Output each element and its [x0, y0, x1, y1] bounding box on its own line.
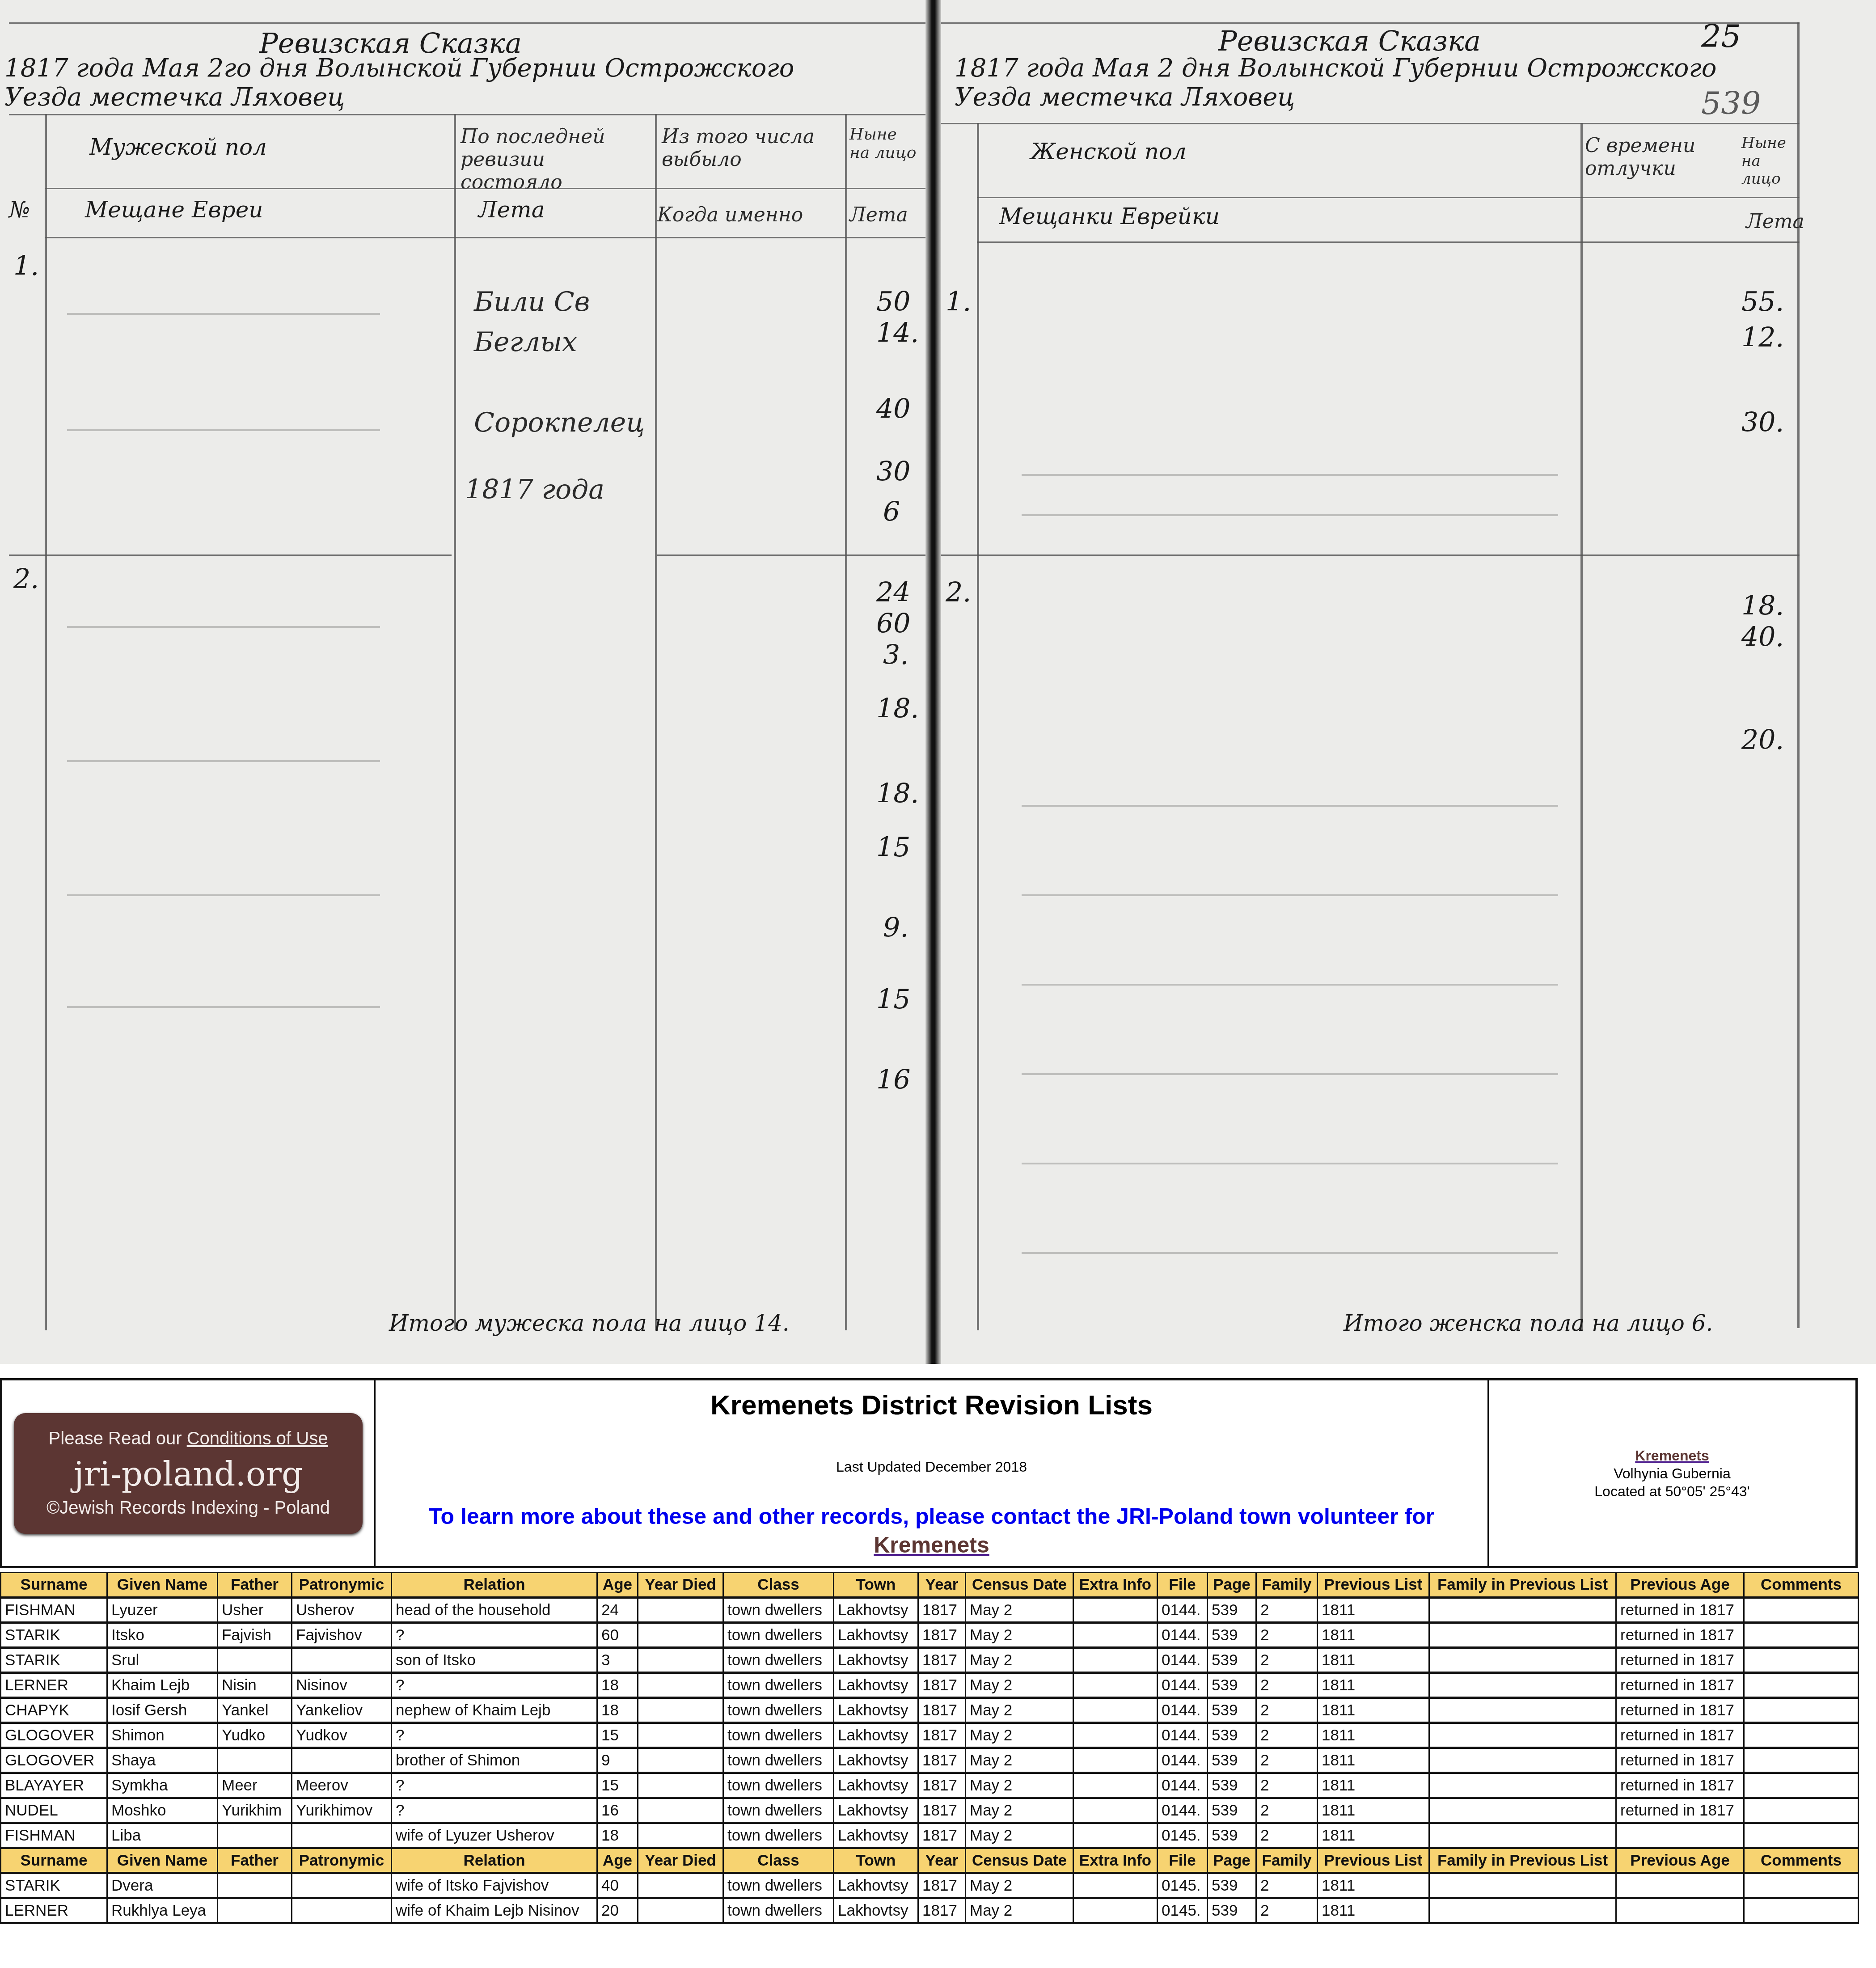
conditions-of-use-link[interactable]: Conditions of Use	[187, 1429, 328, 1448]
cell-town: Lakhovtsy	[834, 1698, 918, 1723]
cell-previous-age: returned in 1817	[1616, 1773, 1744, 1798]
cell-previous-age: returned in 1817	[1616, 1598, 1744, 1623]
cell-town: Lakhovtsy	[834, 1798, 918, 1823]
cell-relation: wife of Khaim Lejb Nisinov	[392, 1898, 597, 1923]
column-header-file[interactable]: File	[1158, 1848, 1208, 1873]
cell-given-name: Itsko	[107, 1623, 218, 1648]
cell-family-in-previous-list	[1429, 1698, 1616, 1723]
cell-relation: wife of Itsko Fajvishov	[392, 1873, 597, 1898]
cell-year-died	[638, 1823, 723, 1848]
cell-class: town dwellers	[723, 1648, 834, 1673]
left-page-line1: 1817 года Мая 2го дня Волынской Губернии…	[4, 54, 794, 83]
cell-page: 539	[1208, 1748, 1256, 1773]
column-header-class[interactable]: Class	[723, 1848, 834, 1873]
cell-census-date: May 2	[966, 1798, 1073, 1823]
cell-year: 1817	[918, 1748, 966, 1773]
column-header-comments[interactable]: Comments	[1744, 1848, 1859, 1873]
cell-year-died	[638, 1723, 723, 1748]
cell-previous-age: returned in 1817	[1616, 1673, 1744, 1698]
table-row: FISHMANLyuzerUsherUsherovhead of the hou…	[1, 1598, 1859, 1623]
cell-family: 2	[1256, 1748, 1318, 1773]
book-gutter	[925, 0, 941, 1364]
cell-year: 1817	[918, 1898, 966, 1923]
cell-census-date: May 2	[966, 1823, 1073, 1848]
column-header-relation[interactable]: Relation	[392, 1573, 597, 1598]
cell-family-in-previous-list	[1429, 1773, 1616, 1798]
table-row: STARIKItskoFajvishFajvishov?60town dwell…	[1, 1623, 1859, 1648]
cell-relation: ?	[392, 1798, 597, 1823]
cell-relation: ?	[392, 1623, 597, 1648]
cell-comments	[1744, 1898, 1859, 1923]
right-age: 30.	[1741, 407, 1784, 438]
column-header-family-in-previous-list[interactable]: Family in Previous List	[1429, 1573, 1616, 1598]
cell-town: Lakhovtsy	[834, 1773, 918, 1798]
cell-previous-list: 1811	[1318, 1823, 1429, 1848]
right-col-header-since: С времени отлучки	[1585, 134, 1732, 180]
cell-relation: nephew of Khaim Lejb	[392, 1698, 597, 1723]
cell-town: Lakhovtsy	[834, 1823, 918, 1848]
table-row: GLOGOVERShimonYudkoYudkov?15town dweller…	[1, 1723, 1859, 1748]
cell-extra-info	[1073, 1773, 1158, 1798]
column-header-father[interactable]: Father	[218, 1848, 292, 1873]
right-col-years: Лета	[1746, 210, 1804, 233]
cell-father	[218, 1898, 292, 1923]
cell-extra-info	[1073, 1748, 1158, 1773]
cell-surname: STARIK	[1, 1873, 107, 1898]
cell-previous-list: 1811	[1318, 1723, 1429, 1748]
left-age: 30	[876, 456, 910, 487]
cell-page: 539	[1208, 1873, 1256, 1898]
cell-extra-info	[1073, 1698, 1158, 1723]
cell-extra-info	[1073, 1823, 1158, 1848]
cell-census-date: May 2	[966, 1898, 1073, 1923]
left-note-4: 1817 года	[465, 474, 604, 505]
column-header-patronymic[interactable]: Patronymic	[292, 1848, 392, 1873]
cell-relation: brother of Shimon	[392, 1748, 597, 1773]
table-row: LERNERKhaim LejbNisinNisinov?18town dwel…	[1, 1673, 1859, 1698]
cell-page: 539	[1208, 1648, 1256, 1673]
left-note-1: Били Св	[474, 286, 590, 317]
cell-page: 539	[1208, 1898, 1256, 1923]
cell-relation: head of the household	[392, 1598, 597, 1623]
cell-page: 539	[1208, 1798, 1256, 1823]
records-table: SurnameGiven NameFatherPatronymicRelatio…	[0, 1572, 1859, 1924]
right-age: 18.	[1741, 590, 1784, 622]
table-row: BLAYAYERSymkhaMeerMeerov?15town dwellers…	[1, 1773, 1859, 1798]
logo-cell: Please Read our Conditions of Use jri-po…	[2, 1380, 376, 1566]
cell-age: 18	[597, 1673, 638, 1698]
cell-class: town dwellers	[723, 1798, 834, 1823]
cell-age: 15	[597, 1773, 638, 1798]
column-header-age[interactable]: Age	[597, 1848, 638, 1873]
cell-family: 2	[1256, 1823, 1318, 1848]
cell-town: Lakhovtsy	[834, 1648, 918, 1673]
cell-comments	[1744, 1698, 1859, 1723]
right-family-2: 2.	[946, 577, 971, 608]
town-info-cell: Kremenets Volhynia Gubernia Located at 5…	[1489, 1380, 1855, 1566]
table-row: CHAPYKIosif GershYankelYankeliovnephew o…	[1, 1698, 1859, 1723]
cell-extra-info	[1073, 1673, 1158, 1698]
cell-patronymic	[292, 1748, 392, 1773]
cell-year-died	[638, 1623, 723, 1648]
cell-town: Lakhovtsy	[834, 1623, 918, 1648]
title-cell: Kremenets District Revision Lists Last U…	[376, 1380, 1489, 1566]
cell-father: Meer	[218, 1773, 292, 1798]
jri-poland-logo[interactable]: Please Read our Conditions of Use jri-po…	[14, 1413, 363, 1534]
cell-comments	[1744, 1623, 1859, 1648]
left-family-1: 1.	[13, 250, 39, 282]
cell-census-date: May 2	[966, 1623, 1073, 1648]
column-header-class[interactable]: Class	[723, 1573, 834, 1598]
right-age: 55.	[1741, 286, 1784, 317]
cell-father	[218, 1648, 292, 1673]
cell-class: town dwellers	[723, 1748, 834, 1773]
cell-year-died	[638, 1873, 723, 1898]
cell-patronymic	[292, 1873, 392, 1898]
logo-domain: jri-poland.org	[14, 1455, 363, 1494]
cell-file: 0144.	[1158, 1798, 1208, 1823]
cell-extra-info	[1073, 1723, 1158, 1748]
cell-town: Lakhovtsy	[834, 1898, 918, 1923]
right-page-title: Ревизская Сказка	[1218, 25, 1481, 57]
cell-family: 2	[1256, 1623, 1318, 1648]
cell-extra-info	[1073, 1623, 1158, 1648]
cell-surname: GLOGOVER	[1, 1748, 107, 1773]
cell-surname: NUDEL	[1, 1798, 107, 1823]
cell-extra-info	[1073, 1873, 1158, 1898]
cell-page: 539	[1208, 1698, 1256, 1723]
left-age: 9.	[883, 912, 908, 944]
table-row: FISHMANLibawife of Lyuzer Usherov18town …	[1, 1823, 1859, 1848]
column-header-surname[interactable]: Surname	[1, 1848, 107, 1873]
cell-family: 2	[1256, 1898, 1318, 1923]
column-header-given-name[interactable]: Given Name	[107, 1848, 218, 1873]
cell-previous-age: returned in 1817	[1616, 1748, 1744, 1773]
cell-file: 0144.	[1158, 1748, 1208, 1773]
cell-census-date: May 2	[966, 1698, 1073, 1723]
archive-stamp-number: 539	[1701, 85, 1761, 122]
cell-class: town dwellers	[723, 1823, 834, 1848]
cell-given-name: Shimon	[107, 1723, 218, 1748]
cell-patronymic: Meerov	[292, 1773, 392, 1798]
column-header-file[interactable]: File	[1158, 1573, 1208, 1598]
cell-file: 0145.	[1158, 1873, 1208, 1898]
cell-relation: son of Itsko	[392, 1648, 597, 1673]
left-col-header-age: Ныне на лицо	[849, 125, 921, 162]
cell-relation: ?	[392, 1673, 597, 1698]
cell-surname: FISHMAN	[1, 1598, 107, 1623]
left-age: 40	[876, 394, 910, 425]
cell-surname: FISHMAN	[1, 1823, 107, 1848]
cell-patronymic: Yankeliov	[292, 1698, 392, 1723]
left-age: 14.	[876, 317, 919, 349]
cell-age: 15	[597, 1723, 638, 1748]
cell-given-name: Rukhlya Leya	[107, 1898, 218, 1923]
cell-page: 539	[1208, 1598, 1256, 1623]
right-page-line2: Уезда местечка Ляховец	[955, 83, 1295, 112]
column-header-previous-list[interactable]: Previous List	[1318, 1848, 1429, 1873]
cell-file: 0144.	[1158, 1648, 1208, 1673]
cell-father: Yankel	[218, 1698, 292, 1723]
cell-extra-info	[1073, 1898, 1158, 1923]
left-col-subheader: Мещане Евреи	[85, 197, 263, 223]
cell-page: 539	[1208, 1673, 1256, 1698]
cell-given-name: Symkha	[107, 1773, 218, 1798]
column-header-family[interactable]: Family	[1256, 1573, 1318, 1598]
cell-patronymic: Nisinov	[292, 1673, 392, 1698]
right-family-1: 1.	[946, 286, 971, 317]
table-row: STARIKDverawife of Itsko Fajvishov40town…	[1, 1873, 1859, 1898]
cell-family: 2	[1256, 1648, 1318, 1673]
left-age: 15	[876, 984, 910, 1015]
column-header-age[interactable]: Age	[597, 1573, 638, 1598]
cell-previous-age	[1616, 1898, 1744, 1923]
right-col-subheader: Мещанки Еврейки	[999, 203, 1220, 229]
column-header-page[interactable]: Page	[1208, 1573, 1256, 1598]
cell-town: Lakhovtsy	[834, 1598, 918, 1623]
column-header-relation[interactable]: Relation	[392, 1848, 597, 1873]
right-col-header-sex: Женской пол	[1031, 139, 1187, 165]
cell-census-date: May 2	[966, 1598, 1073, 1623]
cell-age: 3	[597, 1648, 638, 1673]
cell-year-died	[638, 1898, 723, 1923]
cell-previous-age: returned in 1817	[1616, 1623, 1744, 1648]
left-age: 18.	[876, 693, 919, 724]
cell-census-date: May 2	[966, 1673, 1073, 1698]
cell-census-date: May 2	[966, 1773, 1073, 1798]
cell-year: 1817	[918, 1773, 966, 1798]
cell-previous-age: returned in 1817	[1616, 1648, 1744, 1673]
cell-age: 24	[597, 1598, 638, 1623]
cell-father	[218, 1823, 292, 1848]
cell-census-date: May 2	[966, 1748, 1073, 1773]
cell-family-in-previous-list	[1429, 1823, 1616, 1848]
right-age: 20.	[1741, 724, 1784, 756]
cell-page: 539	[1208, 1723, 1256, 1748]
contact-note: To learn more about these and other reco…	[376, 1502, 1487, 1559]
conditions-line: Please Read our Conditions of Use	[14, 1429, 363, 1449]
left-col-years: Лета	[478, 197, 545, 223]
left-page-footer: Итого мужеска пола на лицо 14.	[389, 1310, 790, 1336]
column-header-given-name[interactable]: Given Name	[107, 1573, 218, 1598]
cell-file: 0144.	[1158, 1773, 1208, 1798]
left-note-2: Беглых	[474, 326, 577, 358]
cell-town: Lakhovtsy	[834, 1723, 918, 1748]
cell-file: 0144.	[1158, 1623, 1208, 1648]
cell-previous-list: 1811	[1318, 1598, 1429, 1623]
cell-year: 1817	[918, 1598, 966, 1623]
cell-comments	[1744, 1823, 1859, 1848]
coordinates: Located at 50°05' 25°43'	[1594, 1482, 1749, 1500]
cell-class: town dwellers	[723, 1723, 834, 1748]
cell-father: Yudko	[218, 1723, 292, 1748]
column-header-extra-info[interactable]: Extra Info	[1073, 1848, 1158, 1873]
cell-family-in-previous-list	[1429, 1898, 1616, 1923]
cell-file: 0145.	[1158, 1898, 1208, 1923]
column-header-year[interactable]: Year	[918, 1848, 966, 1873]
cell-file: 0145.	[1158, 1823, 1208, 1848]
town-link[interactable]: Kremenets	[1635, 1447, 1709, 1464]
cell-family: 2	[1256, 1723, 1318, 1748]
cell-given-name: Moshko	[107, 1798, 218, 1823]
conditions-prefix: Please Read our	[49, 1429, 187, 1448]
cell-family-in-previous-list	[1429, 1873, 1616, 1898]
cell-class: town dwellers	[723, 1773, 834, 1798]
table-row: GLOGOVERShayabrother of Shimon9town dwel…	[1, 1748, 1859, 1773]
column-header-census-date[interactable]: Census Date	[966, 1848, 1073, 1873]
left-col-age-years: Лета	[849, 203, 908, 226]
cell-family-in-previous-list	[1429, 1598, 1616, 1623]
cell-surname: GLOGOVER	[1, 1723, 107, 1748]
cell-father: Yurikhim	[218, 1798, 292, 1823]
left-col-header-since: Из того числа выбыло	[662, 125, 841, 171]
column-header-page[interactable]: Page	[1208, 1848, 1256, 1873]
cell-previous-list: 1811	[1318, 1673, 1429, 1698]
cell-previous-list: 1811	[1318, 1798, 1429, 1823]
cell-page: 539	[1208, 1773, 1256, 1798]
left-age: 24	[876, 577, 910, 608]
column-header-previous-age[interactable]: Previous Age	[1616, 1573, 1744, 1598]
table-row: STARIKSrulson of Itsko3town dwellersLakh…	[1, 1648, 1859, 1673]
column-header-year-died[interactable]: Year Died	[638, 1573, 723, 1598]
cell-class: town dwellers	[723, 1598, 834, 1623]
cell-previous-list: 1811	[1318, 1623, 1429, 1648]
cell-age: 18	[597, 1823, 638, 1848]
cell-class: town dwellers	[723, 1673, 834, 1698]
left-col-when: Когда именно	[657, 203, 803, 226]
cell-comments	[1744, 1648, 1859, 1673]
column-header-town[interactable]: Town	[834, 1573, 918, 1598]
cell-census-date: May 2	[966, 1873, 1073, 1898]
cell-given-name: Lyuzer	[107, 1598, 218, 1623]
cell-age: 20	[597, 1898, 638, 1923]
column-header-year[interactable]: Year	[918, 1573, 966, 1598]
page-title: Kremenets District Revision Lists	[376, 1389, 1487, 1421]
cell-previous-age: returned in 1817	[1616, 1723, 1744, 1748]
cell-patronymic	[292, 1823, 392, 1848]
cell-surname: STARIK	[1, 1623, 107, 1648]
cell-file: 0144.	[1158, 1698, 1208, 1723]
left-note-3: Сорокпелец	[474, 407, 645, 438]
manuscript-left-page: Ревизская Сказка 1817 года Мая 2го дня В…	[0, 0, 925, 1364]
left-age: 15	[876, 832, 910, 863]
column-header-surname[interactable]: Surname	[1, 1573, 107, 1598]
column-header-town[interactable]: Town	[834, 1848, 918, 1873]
cell-comments	[1744, 1773, 1859, 1798]
cell-family-in-previous-list	[1429, 1648, 1616, 1673]
cell-file: 0144.	[1158, 1598, 1208, 1623]
cell-extra-info	[1073, 1648, 1158, 1673]
cell-year: 1817	[918, 1623, 966, 1648]
cell-year-died	[638, 1673, 723, 1698]
cell-relation: ?	[392, 1773, 597, 1798]
cell-age: 40	[597, 1873, 638, 1898]
cell-previous-list: 1811	[1318, 1873, 1429, 1898]
cell-comments	[1744, 1723, 1859, 1748]
right-age: 12.	[1741, 322, 1784, 353]
column-header-comments[interactable]: Comments	[1744, 1573, 1859, 1598]
left-col-header-sex: Мужеской пол	[89, 134, 267, 160]
column-header-extra-info[interactable]: Extra Info	[1073, 1573, 1158, 1598]
cell-previous-age	[1616, 1823, 1744, 1848]
cell-family-in-previous-list	[1429, 1623, 1616, 1648]
cell-year: 1817	[918, 1873, 966, 1898]
cell-year-died	[638, 1798, 723, 1823]
manuscript-scan: Ревизская Сказка 1817 года Мая 2го дня В…	[0, 0, 1876, 1364]
cell-year: 1817	[918, 1673, 966, 1698]
cell-relation: ?	[392, 1723, 597, 1748]
column-header-father[interactable]: Father	[218, 1573, 292, 1598]
cell-comments	[1744, 1748, 1859, 1773]
column-header-patronymic[interactable]: Patronymic	[292, 1573, 392, 1598]
left-col-no: №	[9, 197, 30, 223]
cell-class: town dwellers	[723, 1623, 834, 1648]
cell-father: Fajvish	[218, 1623, 292, 1648]
cell-given-name: Khaim Lejb	[107, 1673, 218, 1698]
cell-census-date: May 2	[966, 1648, 1073, 1673]
cell-family-in-previous-list	[1429, 1723, 1616, 1748]
column-header-previous-age[interactable]: Previous Age	[1616, 1848, 1744, 1873]
cell-comments	[1744, 1798, 1859, 1823]
logo-copyright: ©Jewish Records Indexing - Poland	[14, 1498, 363, 1518]
cell-patronymic: Usherov	[292, 1598, 392, 1623]
cell-page: 539	[1208, 1623, 1256, 1648]
cell-surname: CHAPYK	[1, 1698, 107, 1723]
column-header-family-in-previous-list[interactable]: Family in Previous List	[1429, 1848, 1616, 1873]
cell-father	[218, 1873, 292, 1898]
cell-surname: LERNER	[1, 1673, 107, 1698]
cell-family: 2	[1256, 1598, 1318, 1623]
cell-year: 1817	[918, 1648, 966, 1673]
right-page-line1: 1817 года Мая 2 дня Волынской Губернии О…	[955, 54, 1716, 83]
left-age: 16	[876, 1064, 910, 1096]
last-updated: Last Updated December 2018	[376, 1459, 1487, 1475]
column-header-previous-list[interactable]: Previous List	[1318, 1573, 1429, 1598]
cell-family: 2	[1256, 1698, 1318, 1723]
cell-given-name: Dvera	[107, 1873, 218, 1898]
table-header-row: SurnameGiven NameFatherPatronymicRelatio…	[1, 1573, 1859, 1598]
table-header-row: SurnameGiven NameFatherPatronymicRelatio…	[1, 1848, 1859, 1873]
cell-given-name: Shaya	[107, 1748, 218, 1773]
cell-family: 2	[1256, 1673, 1318, 1698]
column-header-census-date[interactable]: Census Date	[966, 1573, 1073, 1598]
right-age: 40.	[1741, 622, 1784, 653]
cell-patronymic	[292, 1898, 392, 1923]
right-col-header-age: Ныне на лицо	[1741, 134, 1795, 188]
contact-town-link[interactable]: Kremenets	[874, 1532, 989, 1557]
cell-extra-info	[1073, 1598, 1158, 1623]
cell-given-name: Srul	[107, 1648, 218, 1673]
column-header-year-died[interactable]: Year Died	[638, 1848, 723, 1873]
cell-age: 18	[597, 1698, 638, 1723]
cell-class: town dwellers	[723, 1898, 834, 1923]
cell-year: 1817	[918, 1723, 966, 1748]
contact-text: To learn more about these and other reco…	[429, 1504, 1434, 1529]
cell-class: town dwellers	[723, 1873, 834, 1898]
cell-family-in-previous-list	[1429, 1673, 1616, 1698]
cell-comments	[1744, 1873, 1859, 1898]
cell-town: Lakhovtsy	[834, 1673, 918, 1698]
gubernia: Volhynia Gubernia	[1614, 1464, 1731, 1482]
cell-year-died	[638, 1748, 723, 1773]
cell-patronymic: Fajvishov	[292, 1623, 392, 1648]
cell-extra-info	[1073, 1798, 1158, 1823]
cell-family: 2	[1256, 1798, 1318, 1823]
column-header-family[interactable]: Family	[1256, 1848, 1318, 1873]
cell-patronymic: Yurikhimov	[292, 1798, 392, 1823]
cell-file: 0144.	[1158, 1723, 1208, 1748]
cell-given-name: Liba	[107, 1823, 218, 1848]
